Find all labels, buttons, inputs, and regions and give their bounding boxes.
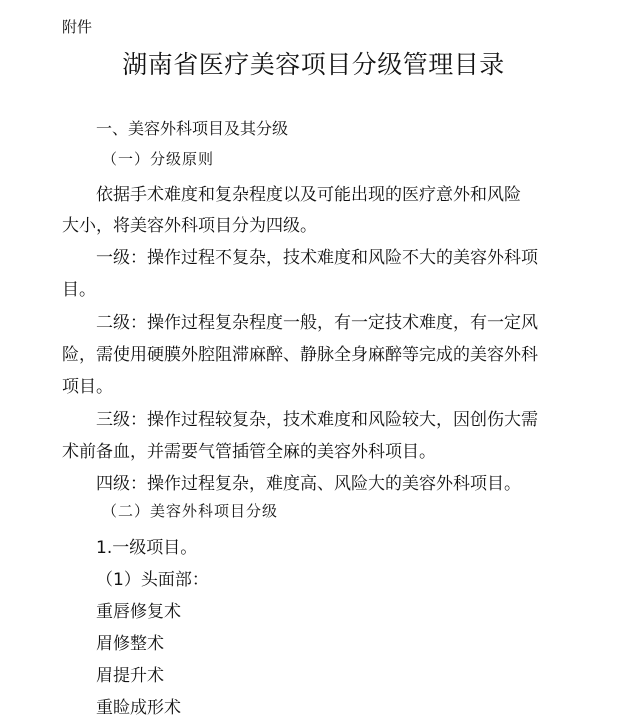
subsection-heading: （二）美容外科项目分级	[102, 500, 278, 521]
level-heading: 1.一级项目。	[96, 533, 197, 558]
list-item: 眉修整术	[96, 629, 164, 654]
paragraph-line: 一级：操作过程不复杂，技术难度和风险不大的美容外科项	[96, 243, 538, 268]
list-item: 眉提升术	[96, 661, 164, 686]
paragraph-line: 四级：操作过程复杂，难度高、风险大的美容外科项目。	[96, 469, 521, 494]
paragraph-line: 目。	[62, 275, 96, 300]
list-item: 重睑成形术	[96, 693, 181, 718]
paragraph-line: 项目。	[62, 372, 113, 397]
paragraph-line: 大小，将美容外科项目分为四级。	[62, 211, 317, 236]
paragraph-line: 险，需使用硬膜外腔阻滞麻醉、静脉全身麻醉等完成的美容外科	[62, 340, 538, 365]
list-item: 重唇修复术	[96, 597, 181, 622]
attachment-label: 附件	[62, 16, 92, 37]
category-heading: （1）头面部：	[96, 565, 209, 590]
document-title: 湖南省医疗美容项目分级管理目录	[0, 45, 627, 81]
paragraph-line: 术前备血，并需要气管插管全麻的美容外科项目。	[62, 437, 436, 462]
paragraph-line: 三级：操作过程较复杂，技术难度和风险较大，因创伤大需	[96, 405, 538, 430]
paragraph-line: 二级：操作过程复杂程度一般，有一定技术难度，有一定风	[96, 308, 538, 333]
section-heading: 一、美容外科项目及其分级	[96, 116, 288, 139]
subsection-heading: （一）分级原则	[102, 148, 214, 169]
paragraph-line: 依据手术难度和复杂程度以及可能出现的医疗意外和风险	[96, 180, 521, 205]
